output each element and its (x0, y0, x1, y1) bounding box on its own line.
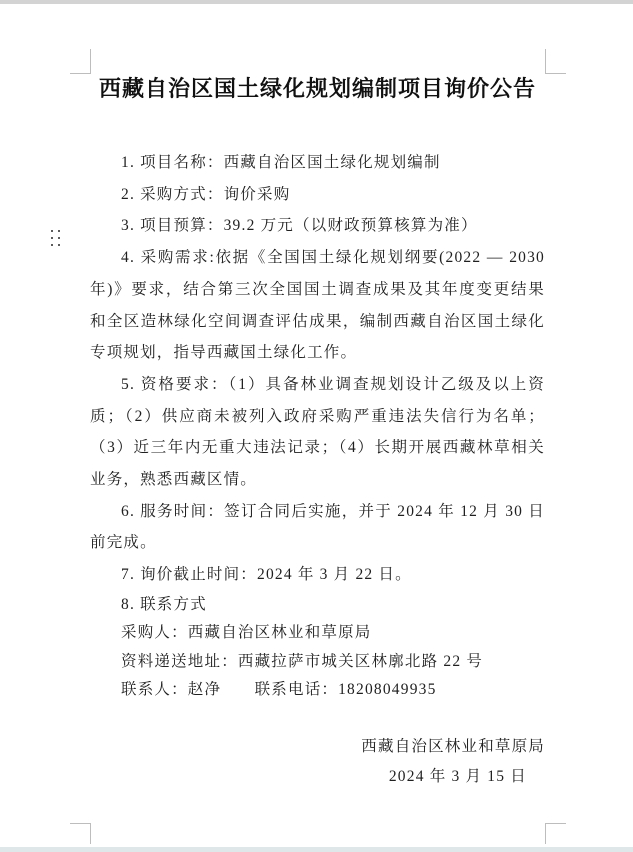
text-boundary-mark-top-right (545, 49, 566, 74)
window-edge-top (0, 0, 633, 4)
items-section: 1. 项目名称：西藏自治区国土绿化规划编制 2. 采购方式：询价采购 3. 项目… (90, 147, 545, 591)
item-inquiry-deadline: 7. 询价截止时间：2024 年 3 月 22 日。 (90, 559, 545, 591)
item-procurement-requirements: 4. 采购需求:依据《全国国土绿化规划纲要(2022 — 2030 年)》要求，… (90, 242, 545, 369)
contact-section: 8. 联系方式 采购人：西藏自治区林业和草原局 资料递送地址：西藏拉萨市城关区林… (90, 591, 545, 705)
item-project-name: 1. 项目名称：西藏自治区国土绿化规划编制 (90, 147, 545, 179)
text-boundary-mark-bottom-right (545, 823, 566, 844)
contact-line-address: 资料递送地址：西藏拉萨市城关区林廓北路 22 号 (90, 648, 545, 677)
signature-block: 西藏自治区林业和草原局 2024 年 3 月 15 日 (90, 732, 545, 792)
contact-line-purchaser: 采购人：西藏自治区林业和草原局 (90, 619, 545, 648)
item-procurement-method: 2. 采购方式：询价采购 (90, 179, 545, 211)
item-project-budget: 3. 项目预算：39.2 万元（以财政预算核算为准） (90, 210, 545, 242)
item-service-time: 6. 服务时间：签订合同后实施，并于 2024 年 12 月 30 日前完成。 (90, 496, 545, 559)
document-page: 西藏自治区国土绿化规划编制项目询价公告 1. 项目名称：西藏自治区国土绿化规划编… (90, 73, 545, 792)
text-boundary-mark-bottom-left (70, 823, 91, 844)
contact-heading: 8. 联系方式 (90, 591, 545, 620)
item-qualification-requirements: 5. 资格要求：（1）具备林业调查规划设计乙级及以上资质；（2）供应商未被列入政… (90, 369, 545, 496)
window-edge-bottom (0, 847, 633, 852)
page-title: 西藏自治区国土绿化规划编制项目询价公告 (90, 74, 545, 104)
text-boundary-mark-top-left (70, 49, 91, 74)
contact-line-person-phone: 联系人：赵净 联系电话：18208049935 (90, 676, 545, 705)
drag-handle-dots-icon[interactable] (51, 230, 60, 246)
signature-org: 西藏自治区林业和草原局 (90, 732, 545, 762)
signature-date: 2024 年 3 月 15 日 (90, 762, 545, 792)
